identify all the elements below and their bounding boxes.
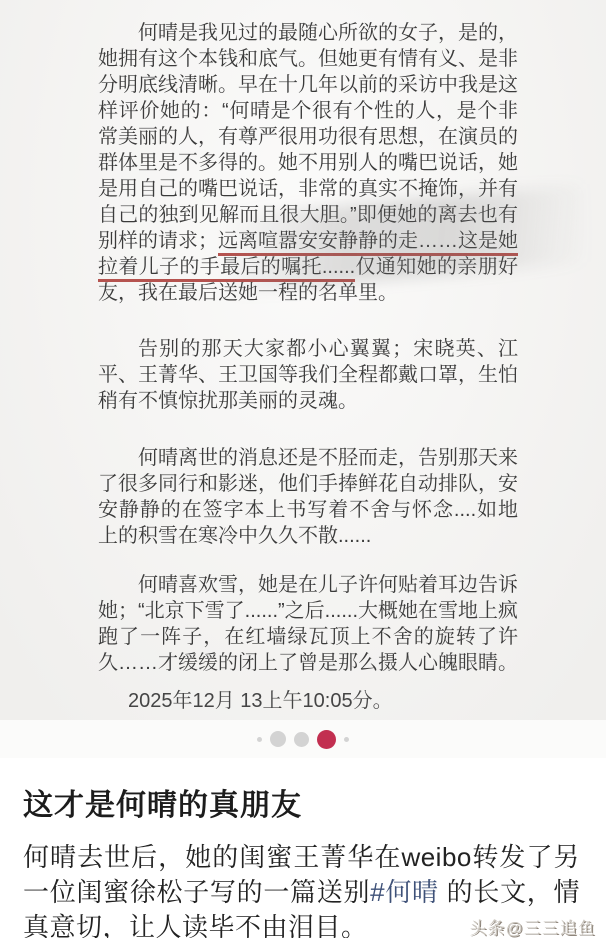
letter-paragraph-1-text: 何晴是我见过的最随心所欲的女子，是的，她拥有这个本钱和底气。但她更有情有义、是非… <box>98 22 518 252</box>
letter-paragraph-1: 何晴是我见过的最随心所欲的女子，是的，她拥有这个本钱和底气。但她更有情有义、是非… <box>98 20 518 306</box>
carousel-dot-2[interactable] <box>270 731 286 747</box>
letter-paragraph-3: 何晴离世的消息还是不胫而走，告别那天来了很多同行和影迷，他们手捧鲜花自动排队，安… <box>98 445 518 549</box>
article-section: 这才是何晴的真朋友 何晴去世后，她的闺蜜王菁华在weibo转发了另一位闺蜜徐松子… <box>0 758 606 938</box>
carousel-dot-3[interactable] <box>294 732 309 747</box>
article-heading: 这才是何晴的真朋友 <box>23 786 580 826</box>
scanned-letter-image[interactable]: 何晴是我见过的最随心所欲的女子，是的，她拥有这个本钱和底气。但她更有情有义、是非… <box>0 0 606 720</box>
letter-paragraph-4: 何晴喜欢雪，她是在儿子许何贴着耳边告诉她；“北京下雪了......”之后....… <box>98 572 518 676</box>
letter-paragraph-2: 告别的那天大家都小心翼翼；宋晓英、江平、王菁华、王卫国等我们全程都戴口罩，生怕稍… <box>98 336 518 414</box>
carousel-dot-5[interactable] <box>344 737 349 742</box>
article-paragraph: 何晴去世后，她的闺蜜王菁华在weibo转发了另一位闺蜜徐松子写的一篇送别#何晴 … <box>23 840 580 938</box>
letter-date: 2025年12月 13上午10:05分。 <box>98 688 518 720</box>
hashtag-link[interactable]: #何晴 <box>370 877 439 907</box>
carousel-dot-4-active[interactable] <box>317 730 336 749</box>
carousel-dots <box>0 720 606 758</box>
carousel-dot-1[interactable] <box>257 737 262 742</box>
